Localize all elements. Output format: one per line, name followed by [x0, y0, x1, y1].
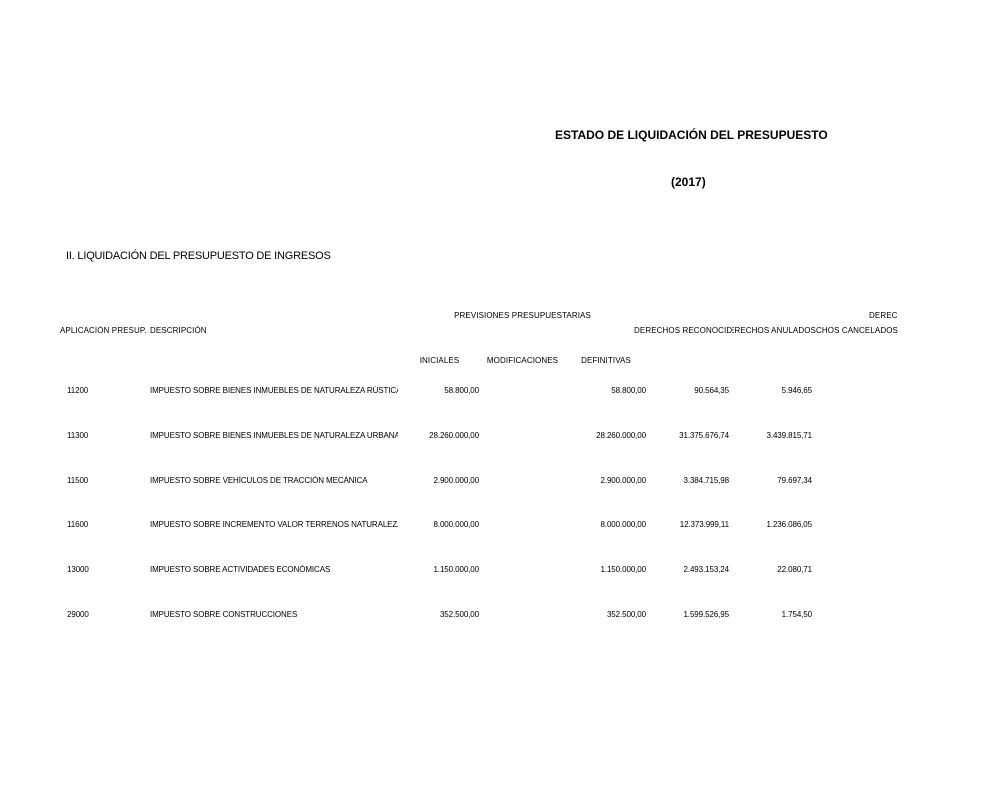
cell-iniciales: 58.800,00	[400, 386, 479, 395]
cell-iniciales: 28.260.000,00	[400, 431, 479, 440]
header-derechos-reconocidos: DERECHOS RECONOCIDOS	[634, 326, 732, 335]
cell-code: 11300	[67, 431, 127, 440]
cell-derechos-anulados: 3.439.815,71	[731, 431, 812, 440]
header-derechos-cancelados: DERECHOS CANCELADOS	[816, 326, 898, 335]
header-previsiones-presupuestarias: PREVISIONES PRESUPUESTARIAS	[440, 311, 605, 320]
document-title: ESTADO DE LIQUIDACIÓN DEL PRESUPUESTO	[555, 128, 828, 142]
header-aplicacion-presupuestaria: APLICACIÓN PRESUP.	[60, 326, 149, 335]
cell-description: IMPUESTO SOBRE VEHÍCULOS DE TRACCIÓN MEC…	[150, 476, 398, 485]
document-year: (2017)	[671, 175, 706, 189]
cell-derechos-anulados: 1.236.086,05	[731, 520, 812, 529]
cell-iniciales: 1.150.000,00	[400, 565, 479, 574]
header-definitivas: DEFINITIVAS	[566, 356, 646, 365]
cell-definitivas: 8.000.000,00	[566, 520, 646, 529]
cell-description: IMPUESTO SOBRE BIENES INMUEBLES DE NATUR…	[150, 386, 398, 395]
cell-definitivas: 352.500,00	[566, 610, 646, 619]
cell-iniciales: 352.500,00	[400, 610, 479, 619]
cell-derechos-reconocidos: 3.384.715,98	[648, 476, 729, 485]
cell-description: IMPUESTO SOBRE INCREMENTO VALOR TERRENOS…	[150, 520, 398, 529]
cell-derechos-anulados: 79.697,34	[731, 476, 812, 485]
cell-derechos-reconocidos: 1.599.526,95	[648, 610, 729, 619]
cell-code: 11600	[67, 520, 127, 529]
cell-code: 11200	[67, 386, 127, 395]
header-modificaciones: MODIFICACIONES	[480, 356, 565, 365]
cell-derechos-reconocidos: 90.564,35	[648, 386, 729, 395]
header-derechos-group: DEREC	[869, 311, 898, 320]
cell-definitivas: 28.260.000,00	[566, 431, 646, 440]
header-descripcion: DESCRIPCIÓN	[150, 326, 207, 335]
cell-description: IMPUESTO SOBRE BIENES INMUEBLES DE NATUR…	[150, 431, 398, 440]
cell-iniciales: 2.900.000,00	[400, 476, 479, 485]
cell-code: 13000	[67, 565, 127, 574]
header-aplicacion-label: APLICACIÓN PRESUP.	[60, 326, 147, 335]
cell-code: 29000	[67, 610, 127, 619]
cell-description: IMPUESTO SOBRE CONSTRUCCIONES	[150, 610, 398, 619]
cell-derechos-anulados: 5.946,65	[731, 386, 812, 395]
cell-derechos-anulados: 1.754,50	[731, 610, 812, 619]
cell-definitivas: 58.800,00	[566, 386, 646, 395]
cell-code: 11500	[67, 476, 127, 485]
cell-definitivas: 1.150.000,00	[566, 565, 646, 574]
cell-derechos-reconocidos: 2.493.153,24	[648, 565, 729, 574]
section-title: II. LIQUIDACIÓN DEL PRESUPUESTO DE INGRE…	[66, 250, 331, 262]
cell-derechos-anulados: 22.080,71	[731, 565, 812, 574]
header-derechos-anulados-label: DERECHOS ANULADOS	[732, 326, 816, 335]
header-derechos-cancelados-label: DERECHOS CANCELADOS	[816, 326, 898, 335]
cell-description: IMPUESTO SOBRE ACTIVIDADES ECONÓMICAS	[150, 565, 398, 574]
cell-derechos-reconocidos: 12.373.999,11	[648, 520, 729, 529]
cell-derechos-reconocidos: 31.375.676,74	[648, 431, 729, 440]
header-derechos-anulados: DERECHOS ANULADOS	[732, 326, 816, 335]
cell-iniciales: 8.000.000,00	[400, 520, 479, 529]
cell-definitivas: 2.900.000,00	[566, 476, 646, 485]
header-iniciales: INICIALES	[400, 356, 479, 365]
